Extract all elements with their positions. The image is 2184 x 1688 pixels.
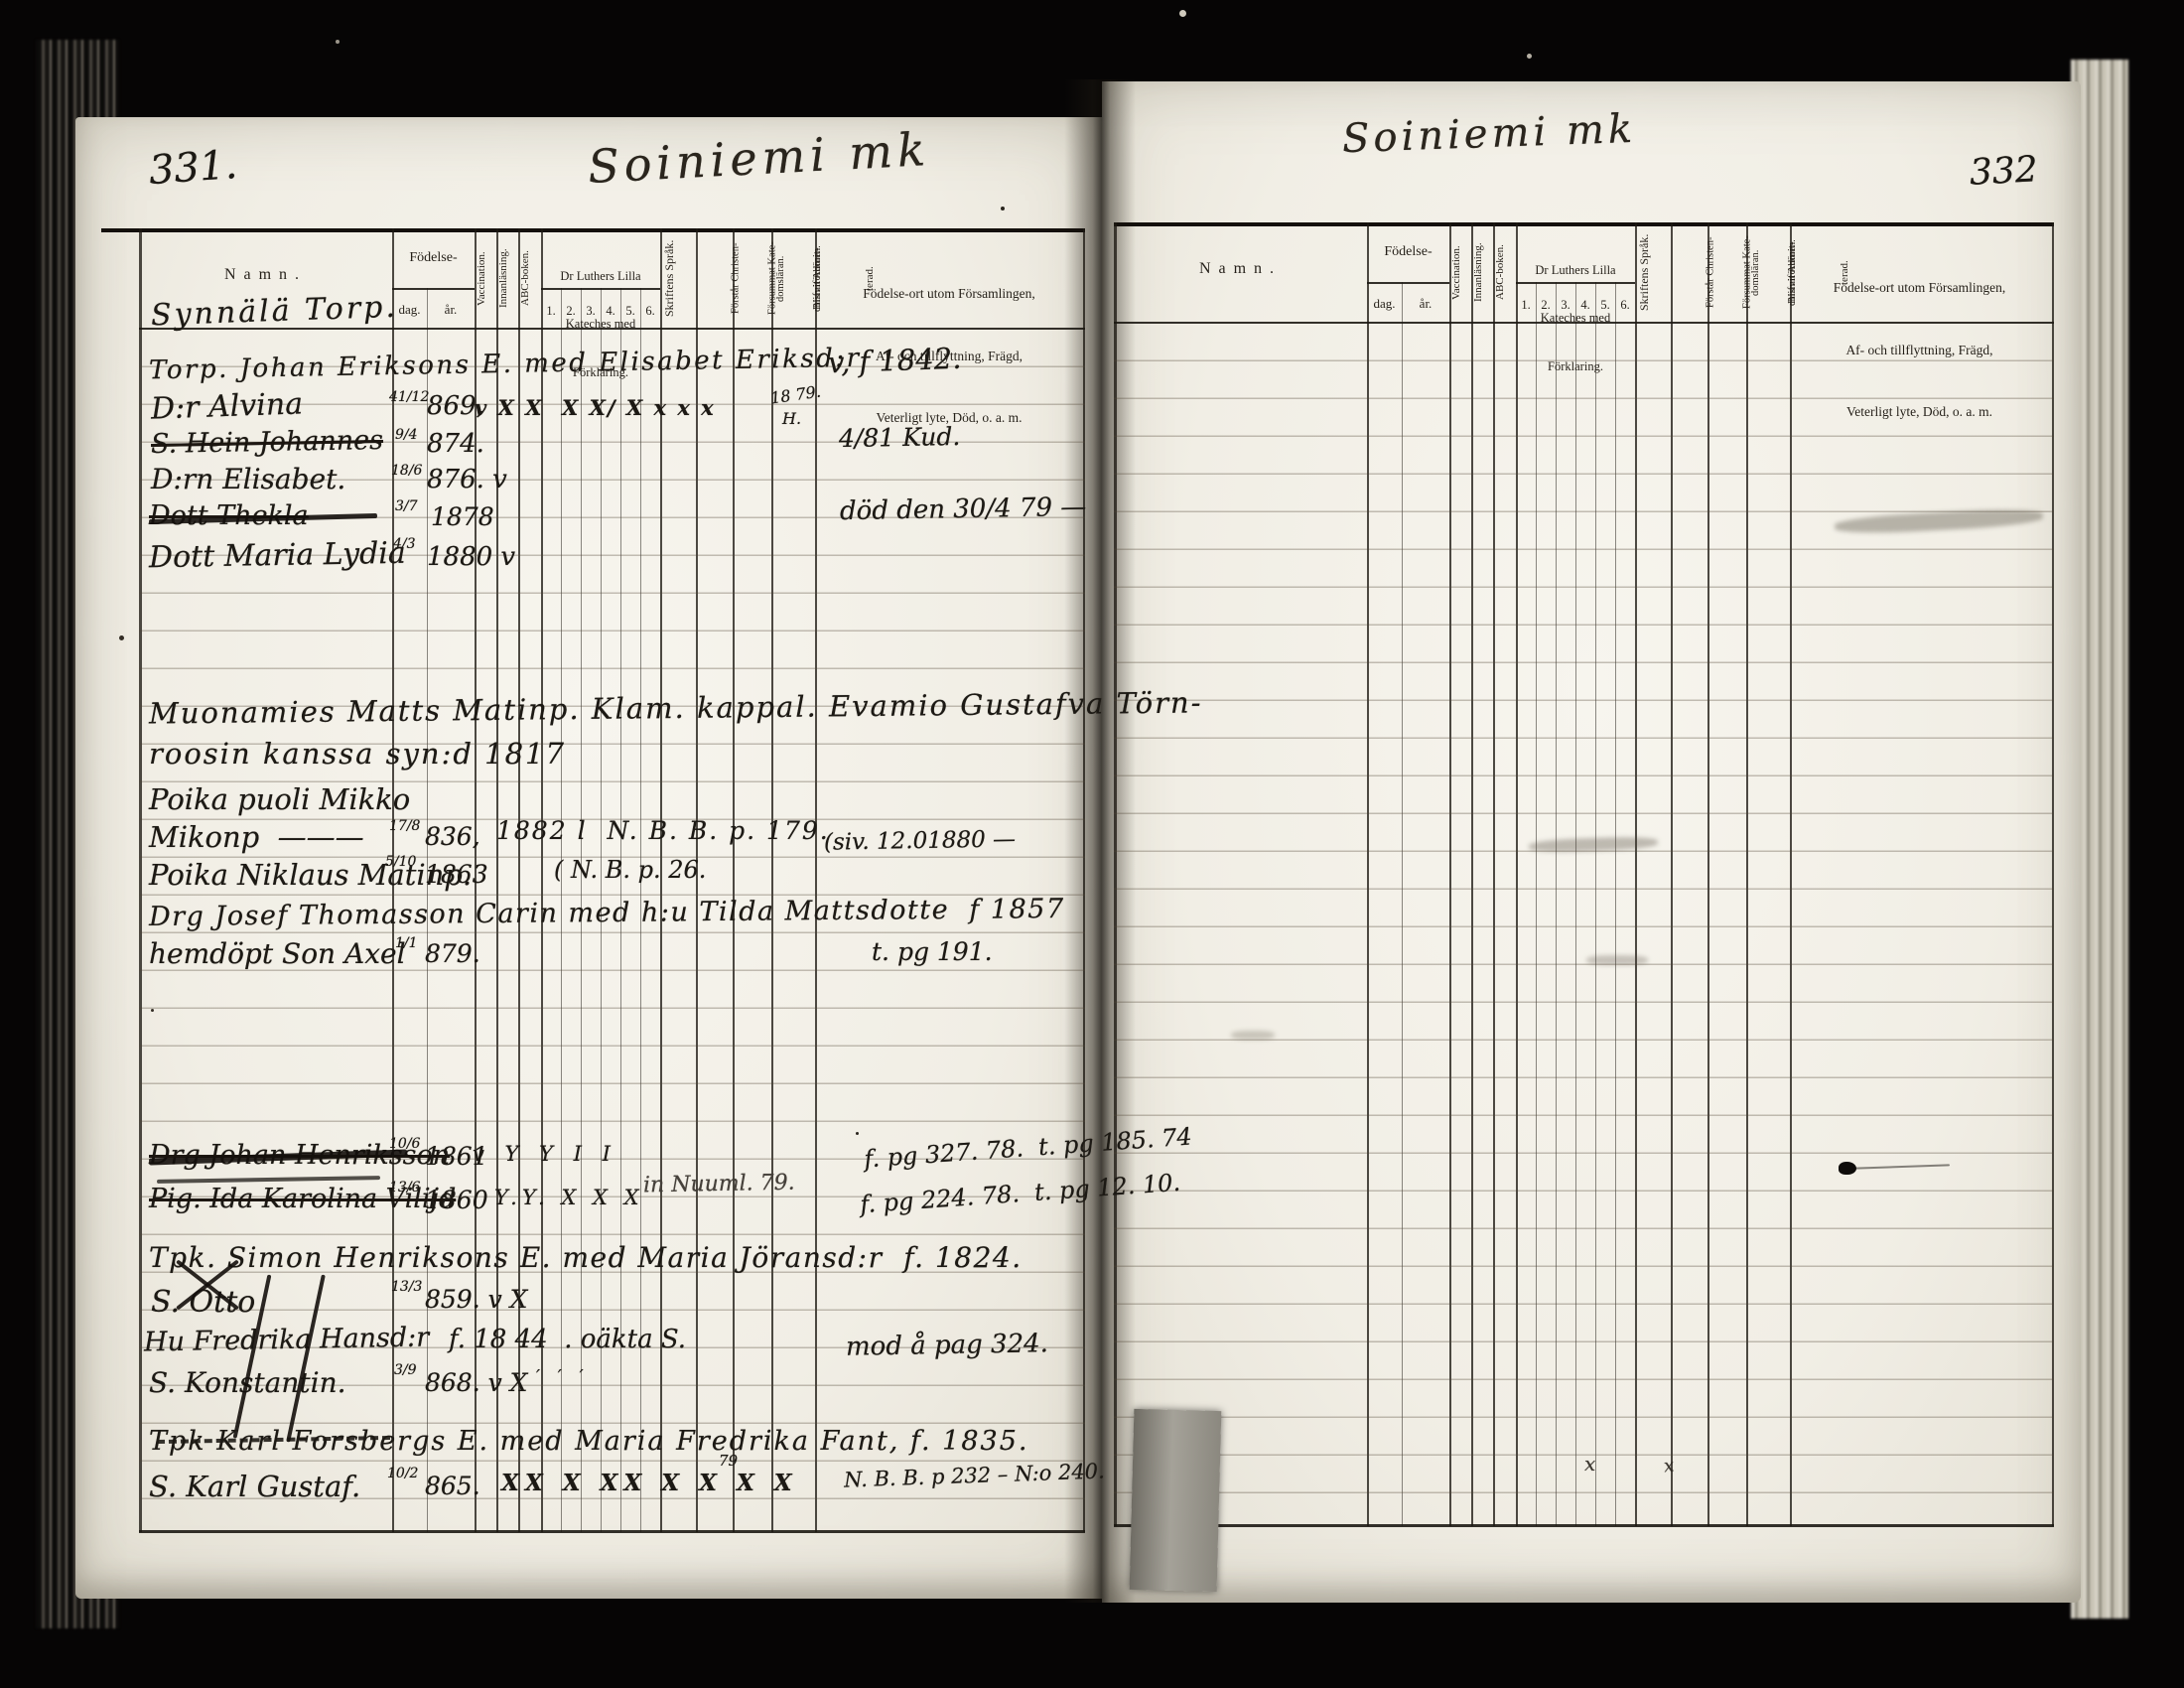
pencil-x-mark: x xyxy=(1584,1452,1595,1476)
entry-marks: v X X X X/ X x x x xyxy=(475,395,716,420)
header-notes: Födelse-ort utom Församlingen, Af- och t… xyxy=(1787,236,2052,465)
scanned-register-spread: 331. Soiniemi mk Soiniemi mk 332 Namn. F… xyxy=(0,0,2184,1688)
entry-note: t. pg 191. xyxy=(872,937,993,966)
header-kateches-line3: Förklaring. xyxy=(1516,358,1635,374)
entry-dag: 13/6 xyxy=(389,1180,420,1196)
entry-dag: 17/8 xyxy=(389,818,420,834)
paper-speck xyxy=(119,635,124,640)
entry-note: död den 30/4 79 — xyxy=(840,492,1087,526)
entry-name: Tpk. Simon Henriksons E. med Maria Jöran… xyxy=(149,1241,1023,1274)
header-blifvit-admitterad: Blifvit Admit- terad. xyxy=(1749,225,1789,320)
header-forstar-christendomslaran: Förstår Christen- domsläran. xyxy=(698,231,732,326)
film-speck xyxy=(336,40,340,44)
entry-dag: 10/2 xyxy=(387,1466,418,1481)
header-blifvit-admitterad: Blifvit Admit- terad. xyxy=(774,231,814,326)
entry-marks: Y.Y. X X X xyxy=(494,1186,644,1209)
entry-dag: 5/10 xyxy=(385,854,416,870)
entry-mid-note: ( N. B. p. 26. xyxy=(554,856,706,884)
table-top-border xyxy=(1114,222,2054,226)
entry-name: Poika Niklaus Matinp. xyxy=(149,858,472,892)
header-k5: 5. xyxy=(620,304,640,319)
entry-dag: 3/9 xyxy=(394,1362,417,1378)
entry-dag: 4/3 xyxy=(393,536,416,552)
header-notes-line3: Veterligt lyte, Död, o. a. m. xyxy=(1787,402,2052,423)
entry-extra: f. 18 44 . oäkta S. xyxy=(449,1325,686,1354)
entry-name: Hu Fredrika Hansd:r xyxy=(144,1322,430,1357)
header-dag: dag. xyxy=(1367,296,1402,312)
entry-name: S. Karl Gustaf. xyxy=(149,1470,360,1503)
entry-name: Mikonp ——— xyxy=(149,820,364,854)
entry-name: D:r Alvina xyxy=(150,386,303,426)
entry-year: 868. v X xyxy=(425,1368,527,1397)
header-kateches: Dr Luthers Lilla Kateches med Förklaring… xyxy=(541,235,660,413)
entry-name: Tpk Karl Forsbergs E. med Maria Fredrika… xyxy=(149,1426,1028,1457)
entry-year: 874. xyxy=(427,429,484,459)
header-ar: år. xyxy=(1402,296,1449,312)
entry-note: mod å pag 324. xyxy=(846,1329,1048,1362)
header-k4: 4. xyxy=(1575,298,1595,313)
page-number-right: 332 xyxy=(1969,149,2039,194)
header-k1: 1. xyxy=(541,304,561,319)
subheader-line-fodelse xyxy=(1367,282,1449,284)
header-ar: år. xyxy=(427,302,475,318)
paper-speck xyxy=(856,1132,859,1135)
header-vaccination: Vaccination. xyxy=(1450,225,1471,320)
header-vaccination: Vaccination. xyxy=(476,231,496,326)
header-skriftens-sprak: Skriftens Språk. xyxy=(662,231,695,326)
entry-name-struck: S. Hein Johannes xyxy=(151,425,384,460)
entry-dag: 13/3 xyxy=(391,1279,422,1295)
entry-note: (siv. 12.01880 — xyxy=(824,826,1017,855)
entry-dag: 41/12 xyxy=(389,389,429,405)
entry-name: Poika puoli Mikko xyxy=(149,782,410,816)
entry-year: 1878 xyxy=(431,502,494,531)
entry-year: 1863 xyxy=(425,860,488,889)
table-bottom-border xyxy=(139,1530,1085,1533)
entry-note: v, f 1842. xyxy=(827,342,961,380)
entry-name: roosin kanssa syn:d 1817 xyxy=(149,737,566,771)
entry-dag: 1/1 xyxy=(395,935,418,951)
header-k1: 1. xyxy=(1516,298,1536,313)
header-kateches: Dr Luthers Lilla Kateches med Förklaring… xyxy=(1516,229,1635,407)
page-number-left: 331. xyxy=(148,142,239,194)
header-innanlasning: Innanläsning. xyxy=(497,231,518,326)
entry-dag: 18/6 xyxy=(391,463,422,479)
pencil-x-mark: x xyxy=(1663,1456,1675,1477)
paper-speck xyxy=(151,1009,154,1012)
header-kateches-line1: Dr Luthers Lilla xyxy=(541,268,660,284)
entry-name: hemdöpt Son Axel xyxy=(149,937,406,970)
header-k4: 4. xyxy=(601,304,620,319)
header-k6: 6. xyxy=(1615,298,1635,313)
entry-year: 879. xyxy=(425,939,480,968)
entry-year: 859. v X xyxy=(425,1285,527,1314)
header-k3: 3. xyxy=(1556,298,1575,313)
header-forstar-christendomslaran: Förstår Christen- domsläran. xyxy=(1673,225,1706,320)
header-notes-line2: Af- och tillflyttning, Frägd, xyxy=(1787,341,2052,361)
table-right: Namn. Födelse- dag. år. Vaccination. Inn… xyxy=(1114,222,2054,1526)
entry-marks: ′ ′ ′ xyxy=(536,1366,590,1387)
header-k2: 2. xyxy=(561,304,581,319)
entry-name: D:rn Elisabet. xyxy=(151,463,345,495)
ruled-lines xyxy=(1114,324,2054,1524)
header-innanlasning: Innanläsning. xyxy=(1472,225,1493,320)
entry-year: 876. v xyxy=(427,465,507,494)
film-speck xyxy=(1179,10,1186,17)
paper-speck xyxy=(1001,207,1005,211)
header-skriftens-sprak: Skriftens Språk. xyxy=(1637,225,1670,320)
header-abc-boken: ABC-boken. xyxy=(519,231,540,326)
entry-dag: 10/6 xyxy=(389,1136,420,1152)
header-k3: 3. xyxy=(581,304,601,319)
header-abc-boken: ABC-boken. xyxy=(1494,225,1515,320)
ink-bleed-smudge xyxy=(1586,955,1648,965)
header-fodelse: Födelse- xyxy=(392,250,475,266)
entry-year: 865. xyxy=(425,1472,480,1500)
entry-note: 4/81 Kud. xyxy=(839,422,961,453)
header-forsummat-katechismiforhoren: Försummat Kate- chismiförhören. xyxy=(735,231,770,326)
entry-year: 836, xyxy=(425,822,480,851)
header-namn: Namn. xyxy=(139,266,392,284)
header-k5: 5. xyxy=(1595,298,1615,313)
table-top-border xyxy=(101,228,1085,232)
entry-sub-note: 79 xyxy=(719,1452,738,1470)
bookmark-tab xyxy=(1130,1409,1222,1592)
entry-dag: 3/7 xyxy=(395,498,418,514)
header-namn: Namn. xyxy=(1114,260,1367,278)
header-k2: 2. xyxy=(1536,298,1556,313)
entry-marks: v Y Y I I xyxy=(473,1142,617,1166)
header-forsummat-katechismiforhoren: Försummat Kate- chismiförhören. xyxy=(1709,225,1745,320)
entry-mid-note: in Nuuml. 79. xyxy=(643,1171,795,1198)
entry-marks: XX X XX X X X X xyxy=(501,1470,798,1496)
header-k6: 6. xyxy=(640,304,660,319)
subheader-line-fodelse xyxy=(392,288,475,290)
table-bottom-border xyxy=(1114,1524,2054,1527)
entry-year: 1880 v xyxy=(427,542,515,572)
ink-bleed-smudge xyxy=(1231,1031,1275,1040)
entry-dag: 9/4 xyxy=(395,427,418,443)
film-speck xyxy=(1527,54,1532,59)
header-fodelse: Födelse- xyxy=(1367,244,1449,260)
entry-mid-note: 1882 l N. B. B. p. 179. xyxy=(496,816,830,845)
header-notes-line1: Födelse-ort utom Församlingen, xyxy=(815,284,1083,305)
header-kateches-line1: Dr Luthers Lilla xyxy=(1516,262,1635,278)
entry-year: 1860 xyxy=(425,1186,488,1214)
entry-name: Dott Maria Lydia xyxy=(149,536,406,576)
header-notes-line1: Födelse-ort utom Församlingen, xyxy=(1787,278,2052,299)
entry-admit-note: H. xyxy=(782,409,801,428)
